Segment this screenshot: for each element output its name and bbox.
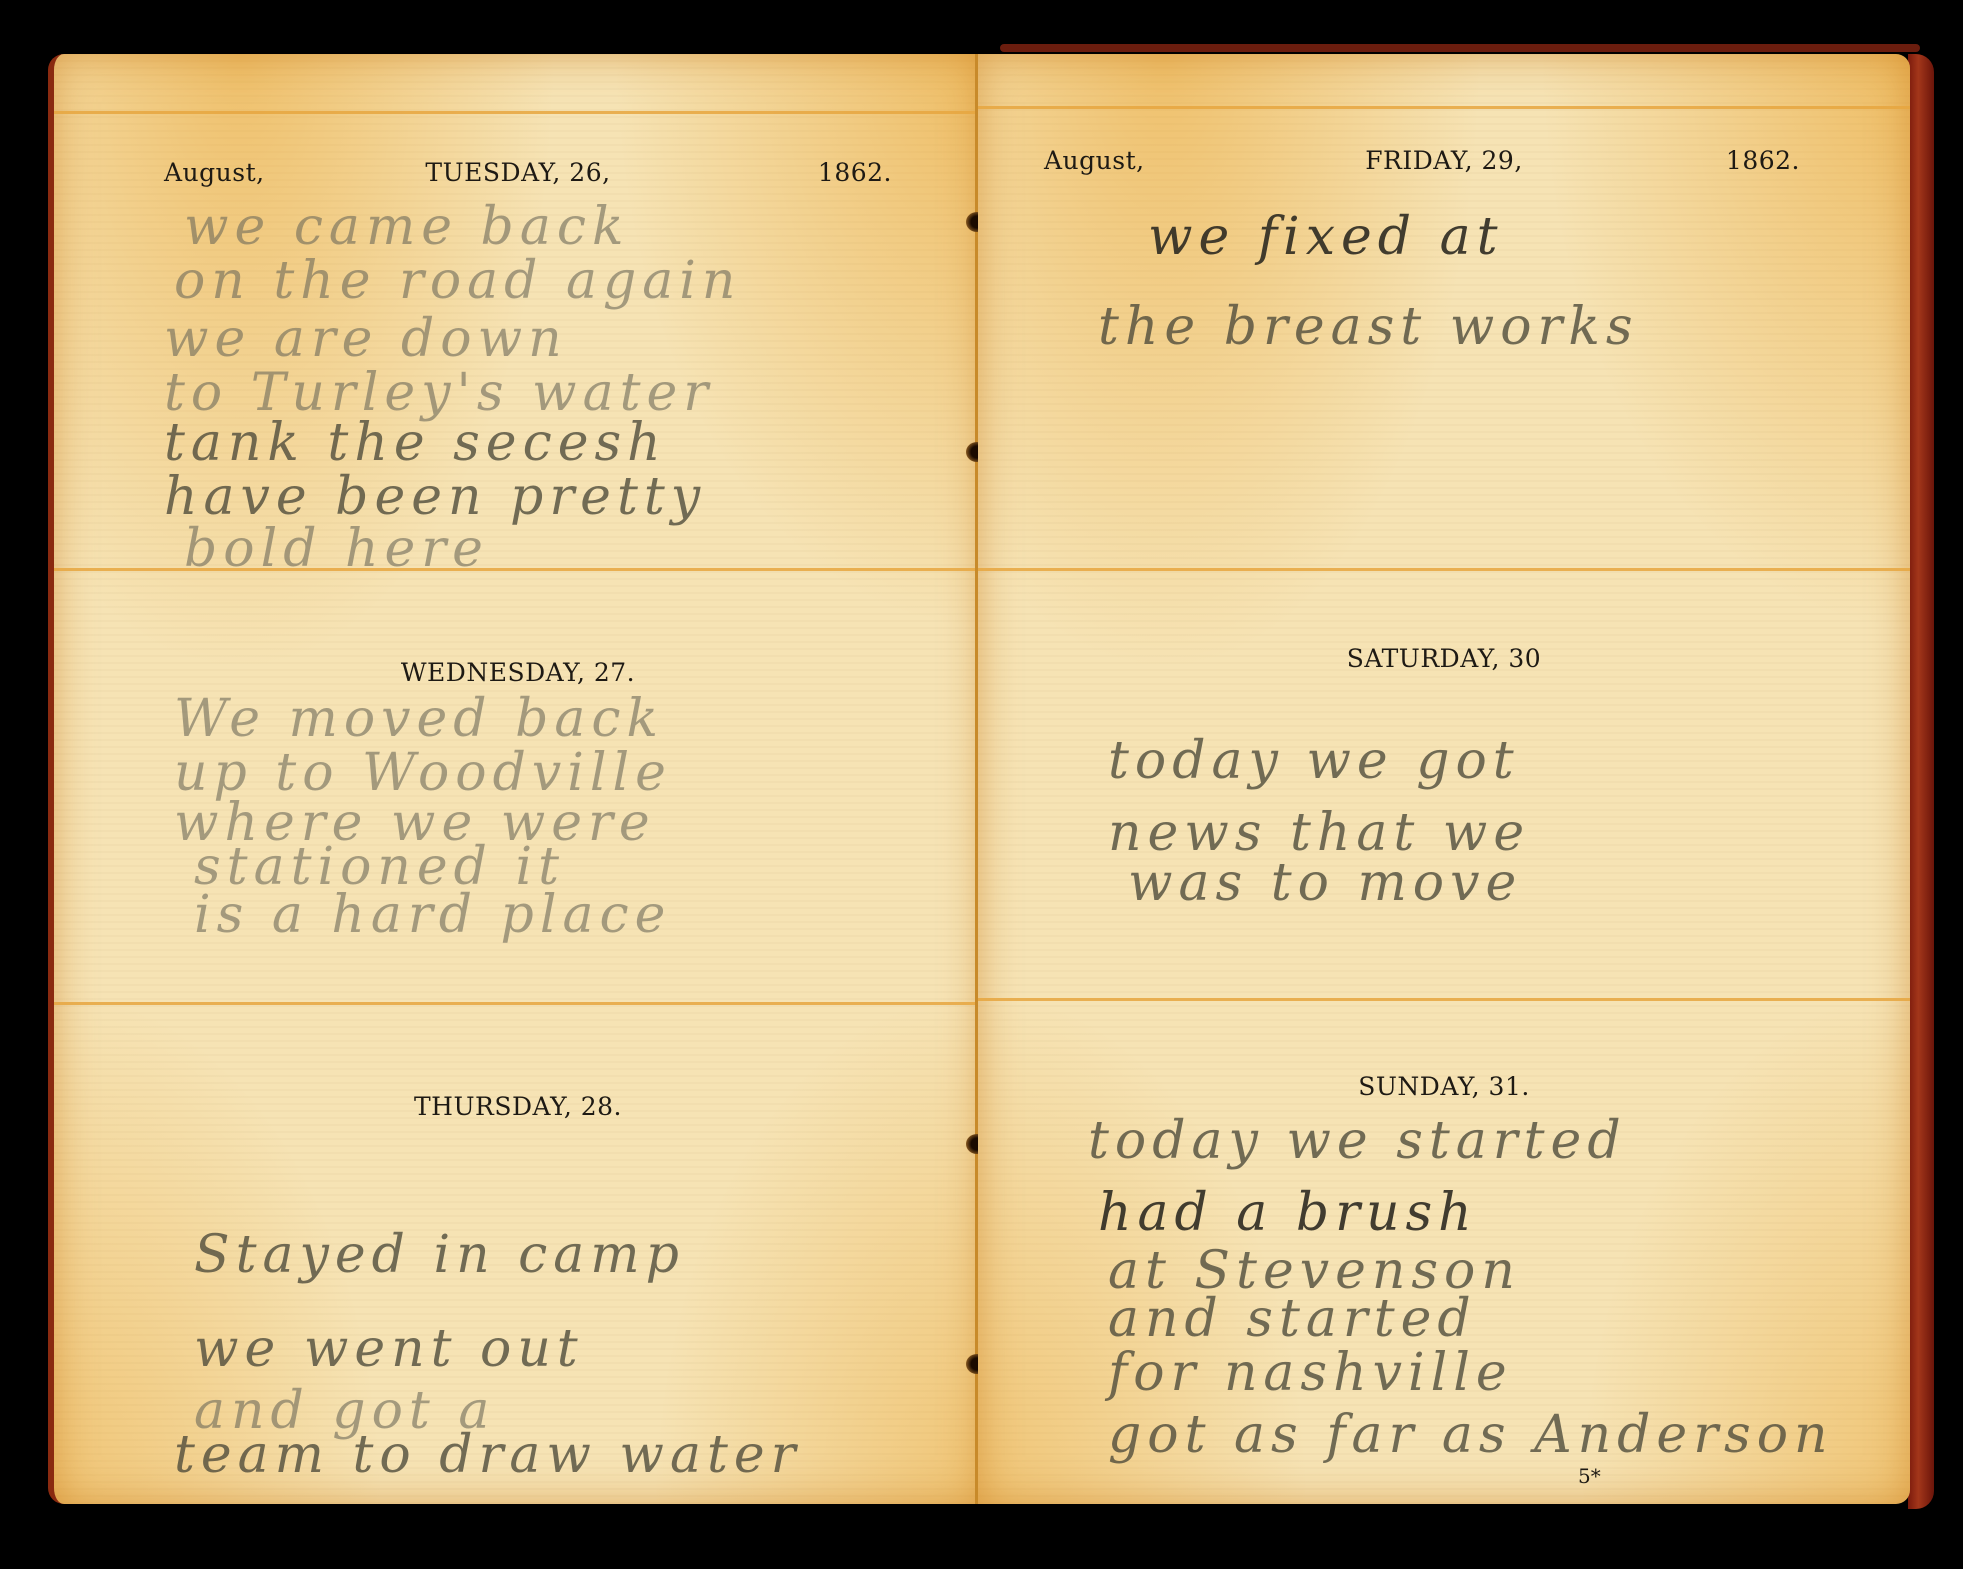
book-cover-edge [1908,54,1934,1509]
right-page: August, FRIDAY, 29, 1862. we fixed at th… [978,54,1910,1504]
handwriting-line: today we started [1088,1108,1627,1174]
handwriting-line: is a hard place [194,882,671,948]
handwriting-line: Stayed in camp [194,1222,685,1288]
day-label: THURSDAY, 28. [54,1092,982,1121]
handwriting-line: team to draw water [174,1422,801,1488]
handwriting-line: we went out [194,1316,584,1382]
handwriting-line: had a brush [1098,1180,1478,1246]
entry-wednesday-27: WEDNESDAY, 27. We moved back up to Woodv… [54,568,982,1002]
handwriting-line: got as far as Anderson [1108,1402,1834,1468]
handwriting-line: today we got [1108,728,1520,794]
handwriting-line: for nashville [1108,1340,1513,1406]
handwriting-line: we fixed at [1148,204,1504,270]
handwriting-line: was to move [1128,850,1522,916]
handwriting-line: the breast works [1098,294,1639,360]
day-label: SATURDAY, 30 [978,644,1910,673]
entry-tuesday-26: August, TUESDAY, 26, 1862. we came back … [54,54,982,568]
entry-saturday-30: SATURDAY, 30 today we got news that we w… [978,568,1910,998]
book-cover-top-edge [1000,44,1920,52]
entry-thursday-28: THURSDAY, 28. Stayed in camp we went out… [54,1002,982,1504]
left-page: August, TUESDAY, 26, 1862. we came back … [48,54,982,1504]
year-label: 1862. [818,158,892,187]
day-label: WEDNESDAY, 27. [54,658,982,687]
diary-spread: August, TUESDAY, 26, 1862. we came back … [48,54,1928,1514]
entry-friday-29: August, FRIDAY, 29, 1862. we fixed at th… [978,54,1910,568]
page-number: 5* [1578,1464,1601,1488]
handwriting-line: on the road again [174,248,741,314]
day-label: SUNDAY, 31. [978,1072,1910,1101]
entry-sunday-31: SUNDAY, 31. today we started had a brush… [978,998,1910,1504]
year-label: 1862. [1726,146,1800,175]
